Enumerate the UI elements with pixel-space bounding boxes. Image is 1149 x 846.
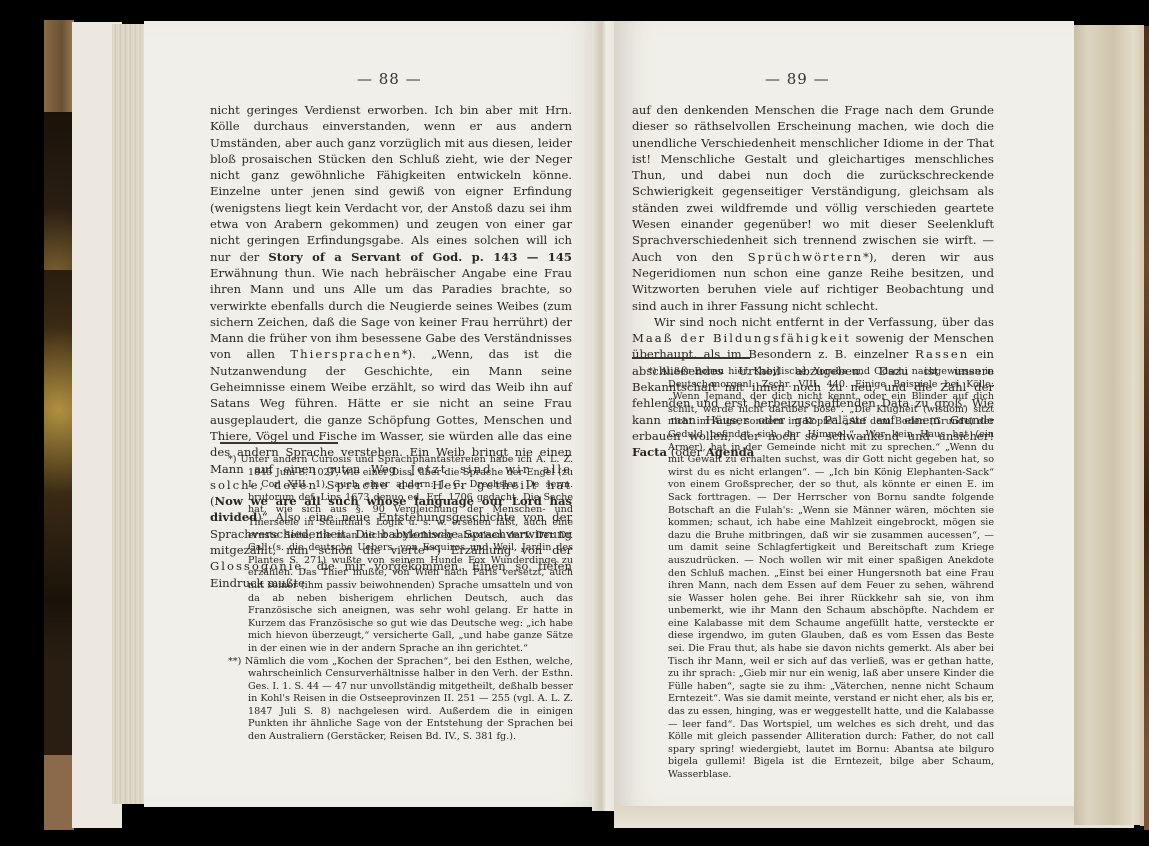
page-stack-right [1074,25,1144,825]
footnote: *) Unter andern Curiosis und Sprachphant… [228,454,573,656]
text-run: Wir sind noch nicht entfernt in der Verf… [654,315,994,329]
text-run: nicht geringes Verdienst erworben. Ich b… [210,103,572,264]
text-run-spaced: Thiersprachen [290,347,401,361]
footnotes-right: *) Außer Bornu hier, Kabylische, Yoruba … [648,366,994,782]
footnote-text: Nämlich die vom „Kochen der Sprachen“, b… [245,656,573,743]
footnote-marker: **) [228,656,241,667]
book-cover-left-corner [44,755,74,830]
text-run-spaced: Rassen [915,347,969,361]
book-cover-left-marbled-lower [44,270,74,830]
page-number-left: — 88 — [357,70,422,88]
footnote-text: Unter andern Curiosis und Sprachphantast… [241,454,573,654]
page-stack-left [112,24,148,804]
footnote-marker: *) [648,366,657,377]
book-gutter [592,21,616,811]
footnotes-left: *) Unter andern Curiosis und Sprachphant… [228,454,573,744]
footnote-rule-left [220,442,338,444]
footnote-rule-right [632,357,750,359]
footnote: *) Außer Bornu hier, Kabylische, Yoruba … [648,366,994,782]
page-stack-bottom-right [614,806,1134,828]
page-number-right: — 89 — [765,70,830,88]
paragraph: auf den denkenden Menschen die Frage nac… [632,102,994,314]
text-run: auf den denkenden Menschen die Frage nac… [632,103,994,264]
text-run-spaced: Maaß der Bildungsfähigkeit [632,331,851,345]
text-run-bold: Story of a Servant of God. p. 143 — 145 [268,250,572,264]
footnote-marker: *) [228,454,237,465]
footnote: **) Nämlich die vom „Kochen der Sprachen… [228,656,573,744]
book-cover-right [1144,26,1149,830]
text-run-spaced: Sprüchwörtern [748,250,863,264]
footnote-text: Außer Bornu hier, Kabylische, Yoruba und… [661,366,994,780]
